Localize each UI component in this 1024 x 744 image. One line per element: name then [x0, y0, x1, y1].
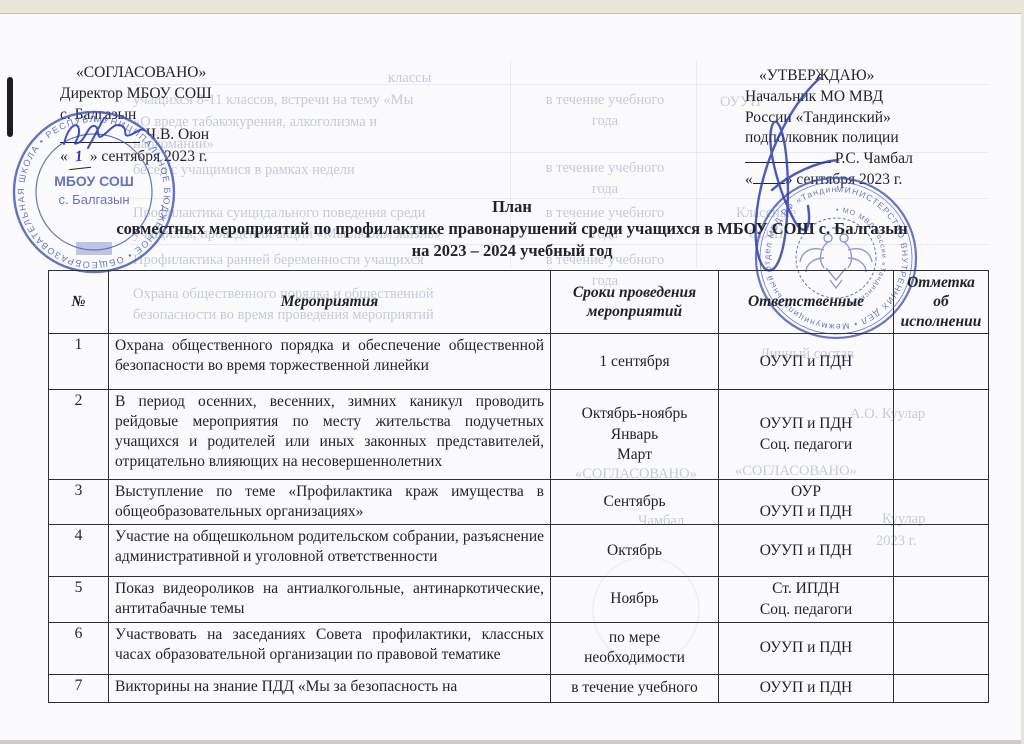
- date-blank-line: [753, 183, 785, 184]
- responsible-cell: Ст. ИПДН Соц. педагоги: [719, 577, 894, 622]
- approved-line: России «Тандинский»: [745, 108, 980, 129]
- agreed-line: Директор МБОУ СОШ: [60, 84, 295, 105]
- row-number: 6: [49, 622, 109, 674]
- scanned-document-page: классы учащихся 8-11 классов, встречи на…: [0, 0, 1024, 744]
- mark-cell: [894, 480, 989, 525]
- period-cell: Октябрь-ноябрь Январь Март: [551, 390, 719, 480]
- table-row: 1 Охрана общественного порядка и обеспеч…: [49, 334, 989, 390]
- activity-cell: Викторины на знание ПДД «Мы за безопасно…: [109, 674, 551, 702]
- period-cell: Сентябрь: [551, 480, 719, 525]
- scan-edge-bottom: [0, 740, 1024, 744]
- approved-signature-row: Р.С. Чамбал: [745, 149, 980, 170]
- date-close-text: » сентября 2023 г.: [90, 148, 208, 165]
- plan-table: № Мероприятия Сроки проведения мероприят…: [48, 270, 989, 703]
- mark-cell: [894, 577, 989, 622]
- title-line-1: План: [0, 196, 1024, 218]
- row-number: 1: [49, 334, 109, 390]
- document-title: План совместных мероприятий по профилакт…: [0, 196, 1024, 262]
- activity-cell: Участвовать на заседаниях Совета профила…: [109, 622, 551, 674]
- agreed-line: с. Балгазын: [60, 105, 295, 126]
- table-row: 2 В период осенних, весенних, зимних кан…: [49, 390, 989, 480]
- row-number: 4: [49, 525, 109, 577]
- responsible-cell: ОУУП и ПДН: [719, 525, 894, 577]
- title-line-3: на 2023 – 2024 учебный год: [0, 240, 1024, 262]
- period-cell: в течение учебного: [551, 674, 719, 702]
- ghost-text: классы: [388, 68, 431, 89]
- mark-cell: [894, 674, 989, 702]
- table-row: 4 Участие на общешкольном родительском с…: [49, 525, 989, 577]
- approved-title: «УТВЕРЖДАЮ»: [745, 66, 980, 87]
- table-row: 7 Викторины на знание ПДД «Мы за безопас…: [49, 674, 989, 702]
- table-header-row: № Мероприятия Сроки проведения мероприят…: [49, 271, 989, 334]
- ghost-text: в течение учебного года: [516, 90, 694, 132]
- activity-cell: Показ видеороликов на антиалкогольные, а…: [109, 577, 551, 622]
- approved-line: подполковник полиции: [745, 128, 980, 149]
- activity-cell: Выступление по теме «Профилактика краж и…: [109, 480, 551, 525]
- table-row: 5 Показ видеороликов на антиалкогольные,…: [49, 577, 989, 622]
- column-header-number: №: [49, 271, 109, 334]
- mark-cell: [894, 390, 989, 480]
- ghost-text: в течение учебного года: [516, 158, 694, 200]
- title-line-2: совместных мероприятий по профилактике п…: [0, 218, 1024, 240]
- row-number: 3: [49, 480, 109, 525]
- date-close-text: » сентября 2023 г.: [785, 171, 903, 188]
- row-number: 5: [49, 577, 109, 622]
- column-header-period: Сроки проведения мероприятий: [551, 271, 719, 334]
- date-open-quote: «: [745, 171, 753, 188]
- mark-cell: [894, 622, 989, 674]
- scan-artifact-bar: [7, 77, 13, 137]
- period-cell: Октябрь: [551, 525, 719, 577]
- responsible-cell: ОУУП и ПДН: [719, 334, 894, 390]
- responsible-cell: ОУУП и ПДН Соц. педагоги: [719, 390, 894, 480]
- signature-line: [60, 142, 140, 143]
- period-cell: 1 сентября: [551, 334, 719, 390]
- mark-cell: [894, 525, 989, 577]
- activity-cell: Участие на общешкольном родительском соб…: [109, 525, 551, 577]
- svg-text:МБОУ СОШ: МБОУ СОШ: [54, 173, 134, 189]
- approved-line: Начальник МО МВД: [745, 87, 980, 108]
- agreed-date-line: «1» сентября 2023 г.: [60, 147, 295, 169]
- activity-cell: В период осенних, весенних, зимних каник…: [109, 390, 551, 480]
- period-cell: Ноябрь: [551, 577, 719, 622]
- activity-cell: Охрана общественного порядка и обеспечен…: [109, 334, 551, 390]
- responsible-cell: ОУУП и ПДН: [719, 622, 894, 674]
- mark-cell: [894, 334, 989, 390]
- column-header-activities: Мероприятия: [109, 271, 551, 334]
- handwritten-date-digit: 1: [67, 146, 91, 170]
- approved-signer-name: Р.С. Чамбал: [835, 150, 913, 167]
- responsible-cell: ОУУП и ПДН: [719, 674, 894, 702]
- scan-edge-top: [0, 0, 1024, 14]
- row-number: 7: [49, 674, 109, 702]
- agreed-signature-row: Ч.В. Оюн: [60, 125, 295, 147]
- agreed-title: «СОГЛАСОВАНО»: [60, 63, 295, 84]
- signature-line: [745, 162, 831, 163]
- table-row: 6 Участвовать на заседаниях Совета профи…: [49, 622, 989, 674]
- row-number: 2: [49, 390, 109, 480]
- period-cell: по мере необходимости: [551, 622, 719, 674]
- responsible-cell: ОУР ОУУП и ПДН: [719, 480, 894, 525]
- table-row: 3 Выступление по теме «Профилактика краж…: [49, 480, 989, 525]
- column-header-mark: Отметка об исполнении: [894, 271, 989, 334]
- agreed-block: «СОГЛАСОВАНО» Директор МБОУ СОШ с. Балга…: [60, 63, 295, 169]
- column-header-responsible: Ответственные: [719, 271, 894, 334]
- agreed-signer-name: Ч.В. Оюн: [146, 125, 209, 146]
- approved-date-line: «» сентября 2023 г.: [745, 170, 980, 191]
- approved-block: «УТВЕРЖДАЮ» Начальник МО МВД России «Тан…: [745, 66, 980, 191]
